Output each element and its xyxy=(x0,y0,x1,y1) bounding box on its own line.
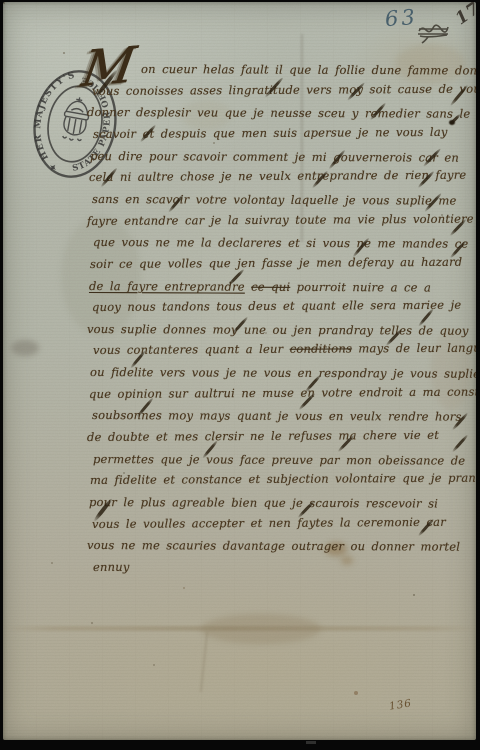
manuscript-text-segment: sans en scavoir votre volontay laquelle … xyxy=(92,192,457,208)
manuscript-line: peu dire pour scavoir comment je mi gouv… xyxy=(90,149,459,165)
manuscript-text-segment: vous suplie donnes moy une ou jen prandr… xyxy=(87,322,469,338)
stain xyxy=(61,216,141,336)
stain xyxy=(341,556,353,565)
manuscript-line: cela ni aultre chose je ne veulx entrepr… xyxy=(89,168,467,184)
stain xyxy=(11,340,39,356)
manuscript-text-segment: cela ni aultre chose je ne veulx entrepr… xyxy=(89,168,467,184)
manuscript-text-segment: pourroit nuire a ce a xyxy=(290,279,431,294)
archival-number-top: 63 xyxy=(384,5,418,31)
manuscript-text-segment: ce qui xyxy=(251,279,290,293)
ink-blot xyxy=(449,120,455,125)
manuscript-line: vous le voulles accepter et nen faytes l… xyxy=(92,514,446,530)
manuscript-text-segment: que opinion sur aultrui ne muse en votre… xyxy=(89,384,476,400)
manuscript-text-segment: soubsonnes moy mays quant je vous en veu… xyxy=(92,408,462,424)
manuscript-text-segment: ennuy xyxy=(93,560,130,574)
manuscript-line: ma fidelite et constance et subjection v… xyxy=(90,471,476,487)
manuscript-line: vous conoisses asses lingratitude vers m… xyxy=(92,81,476,98)
manuscript-text-segment: donner desplesir veu que je neusse sceu … xyxy=(87,105,470,121)
manuscript-text-segment: vous ne me scauries davantage outrager o… xyxy=(87,538,460,554)
manuscript-page: ✦ HER MAJESTY'S ✦ STATE PAPER OFFICE 63 xyxy=(3,2,476,740)
manuscript-line: soir ce que volles que jen fasse je men … xyxy=(90,255,462,271)
paper-specks xyxy=(3,2,5,4)
manuscript-line: de doubte et mes clersir ne le refuses m… xyxy=(87,428,439,444)
manuscript-text-segment: conditions xyxy=(290,342,352,356)
crossed-out-number-mark xyxy=(416,23,456,45)
manuscript-text-segment: mays de leur langue xyxy=(352,341,476,356)
manuscript-text-segment: ma fidelite et constance et subjection v… xyxy=(90,471,476,487)
manuscript-text-segment: fayre entandre car je la suivray toute m… xyxy=(87,211,474,227)
manuscript-text-segment: que vous ne me la declareres et si vous … xyxy=(93,235,468,251)
folio-number-bottom: 136 xyxy=(388,697,413,712)
manuscript-line: vous contanteres quant a leur conditions… xyxy=(93,341,476,357)
manuscript-text-segment: pour le plus agreable bien que je scauro… xyxy=(89,495,438,511)
manuscript-text-segment: vous conoisses asses lingratitude vers m… xyxy=(92,81,476,98)
manuscript-text-segment: on cueur helas fault il que la follie du… xyxy=(141,62,476,78)
photo-black-border: ✦ HER MAJESTY'S ✦ STATE PAPER OFFICE 63 xyxy=(0,0,480,750)
manuscript-line: permettes que je vous face preuve par mo… xyxy=(93,452,465,468)
pen-stroke xyxy=(452,434,469,452)
manuscript-line: que opinion sur aultrui ne muse en votre… xyxy=(89,384,476,400)
svg-text:✦ HER MAJESTY'S ✦: ✦ HER MAJESTY'S ✦ xyxy=(25,64,88,176)
manuscript-line: scavoir et despuis que men suis apersue … xyxy=(93,125,448,141)
manuscript-text-segment: permettes que je vous face preuve par mo… xyxy=(93,452,465,468)
manuscript-text-segment: vous contanteres quant a leur xyxy=(93,342,290,357)
manuscript-text-segment: de doubte et mes clersir ne le refuses m… xyxy=(87,428,439,444)
manuscript-line: on cueur helas fault il que la follie du… xyxy=(141,62,476,78)
manuscript-line: sans en scavoir votre volontay laquelle … xyxy=(92,192,457,208)
manuscript-text-segment: scavoir et despuis que men suis apersue … xyxy=(93,125,448,141)
manuscript-line: soubsonnes moy mays quant je vous en veu… xyxy=(92,408,462,424)
manuscript-text-segment: peu dire pour scavoir comment je mi gouv… xyxy=(90,149,459,165)
stamp-text-left: ✦ HER MAJESTY'S ✦ xyxy=(25,64,88,176)
manuscript-text-segment: quoy nous tandons tous deus et quant ell… xyxy=(92,298,462,314)
manuscript-text-segment: vous le voulles accepter et nen faytes l… xyxy=(92,514,446,530)
manuscript-line: ou fidelite vers vous je ne vous en resp… xyxy=(90,365,476,381)
manuscript-line: fayre entandre car je la suivray toute m… xyxy=(87,211,474,227)
manuscript-line: vous suplie donnes moy une ou jen prandr… xyxy=(87,322,469,338)
fold-crease xyxy=(3,626,476,631)
manuscript-line: ennuy xyxy=(93,560,130,574)
manuscript-line: quoy nous tandons tous deus et quant ell… xyxy=(92,298,462,314)
edge-mark xyxy=(306,741,316,744)
manuscript-text-segment: soir ce que volles que jen fasse je men … xyxy=(90,255,462,271)
manuscript-line: donner desplesir veu que je neusse sceu … xyxy=(87,105,470,121)
manuscript-line: vous ne me scauries davantage outrager o… xyxy=(87,538,460,554)
manuscript-text-segment: ou fidelite vers vous je ne vous en resp… xyxy=(90,365,476,381)
crease-smudge xyxy=(200,632,208,692)
manuscript-text-segment: de la fayre entreprandre xyxy=(89,279,245,294)
manuscript-line: pour le plus agreable bien que je scauro… xyxy=(89,495,438,511)
manuscript-line: de la fayre entreprandre ce qui pourroit… xyxy=(89,279,431,294)
manuscript-line: que vous ne me la declareres et si vous … xyxy=(93,235,468,251)
